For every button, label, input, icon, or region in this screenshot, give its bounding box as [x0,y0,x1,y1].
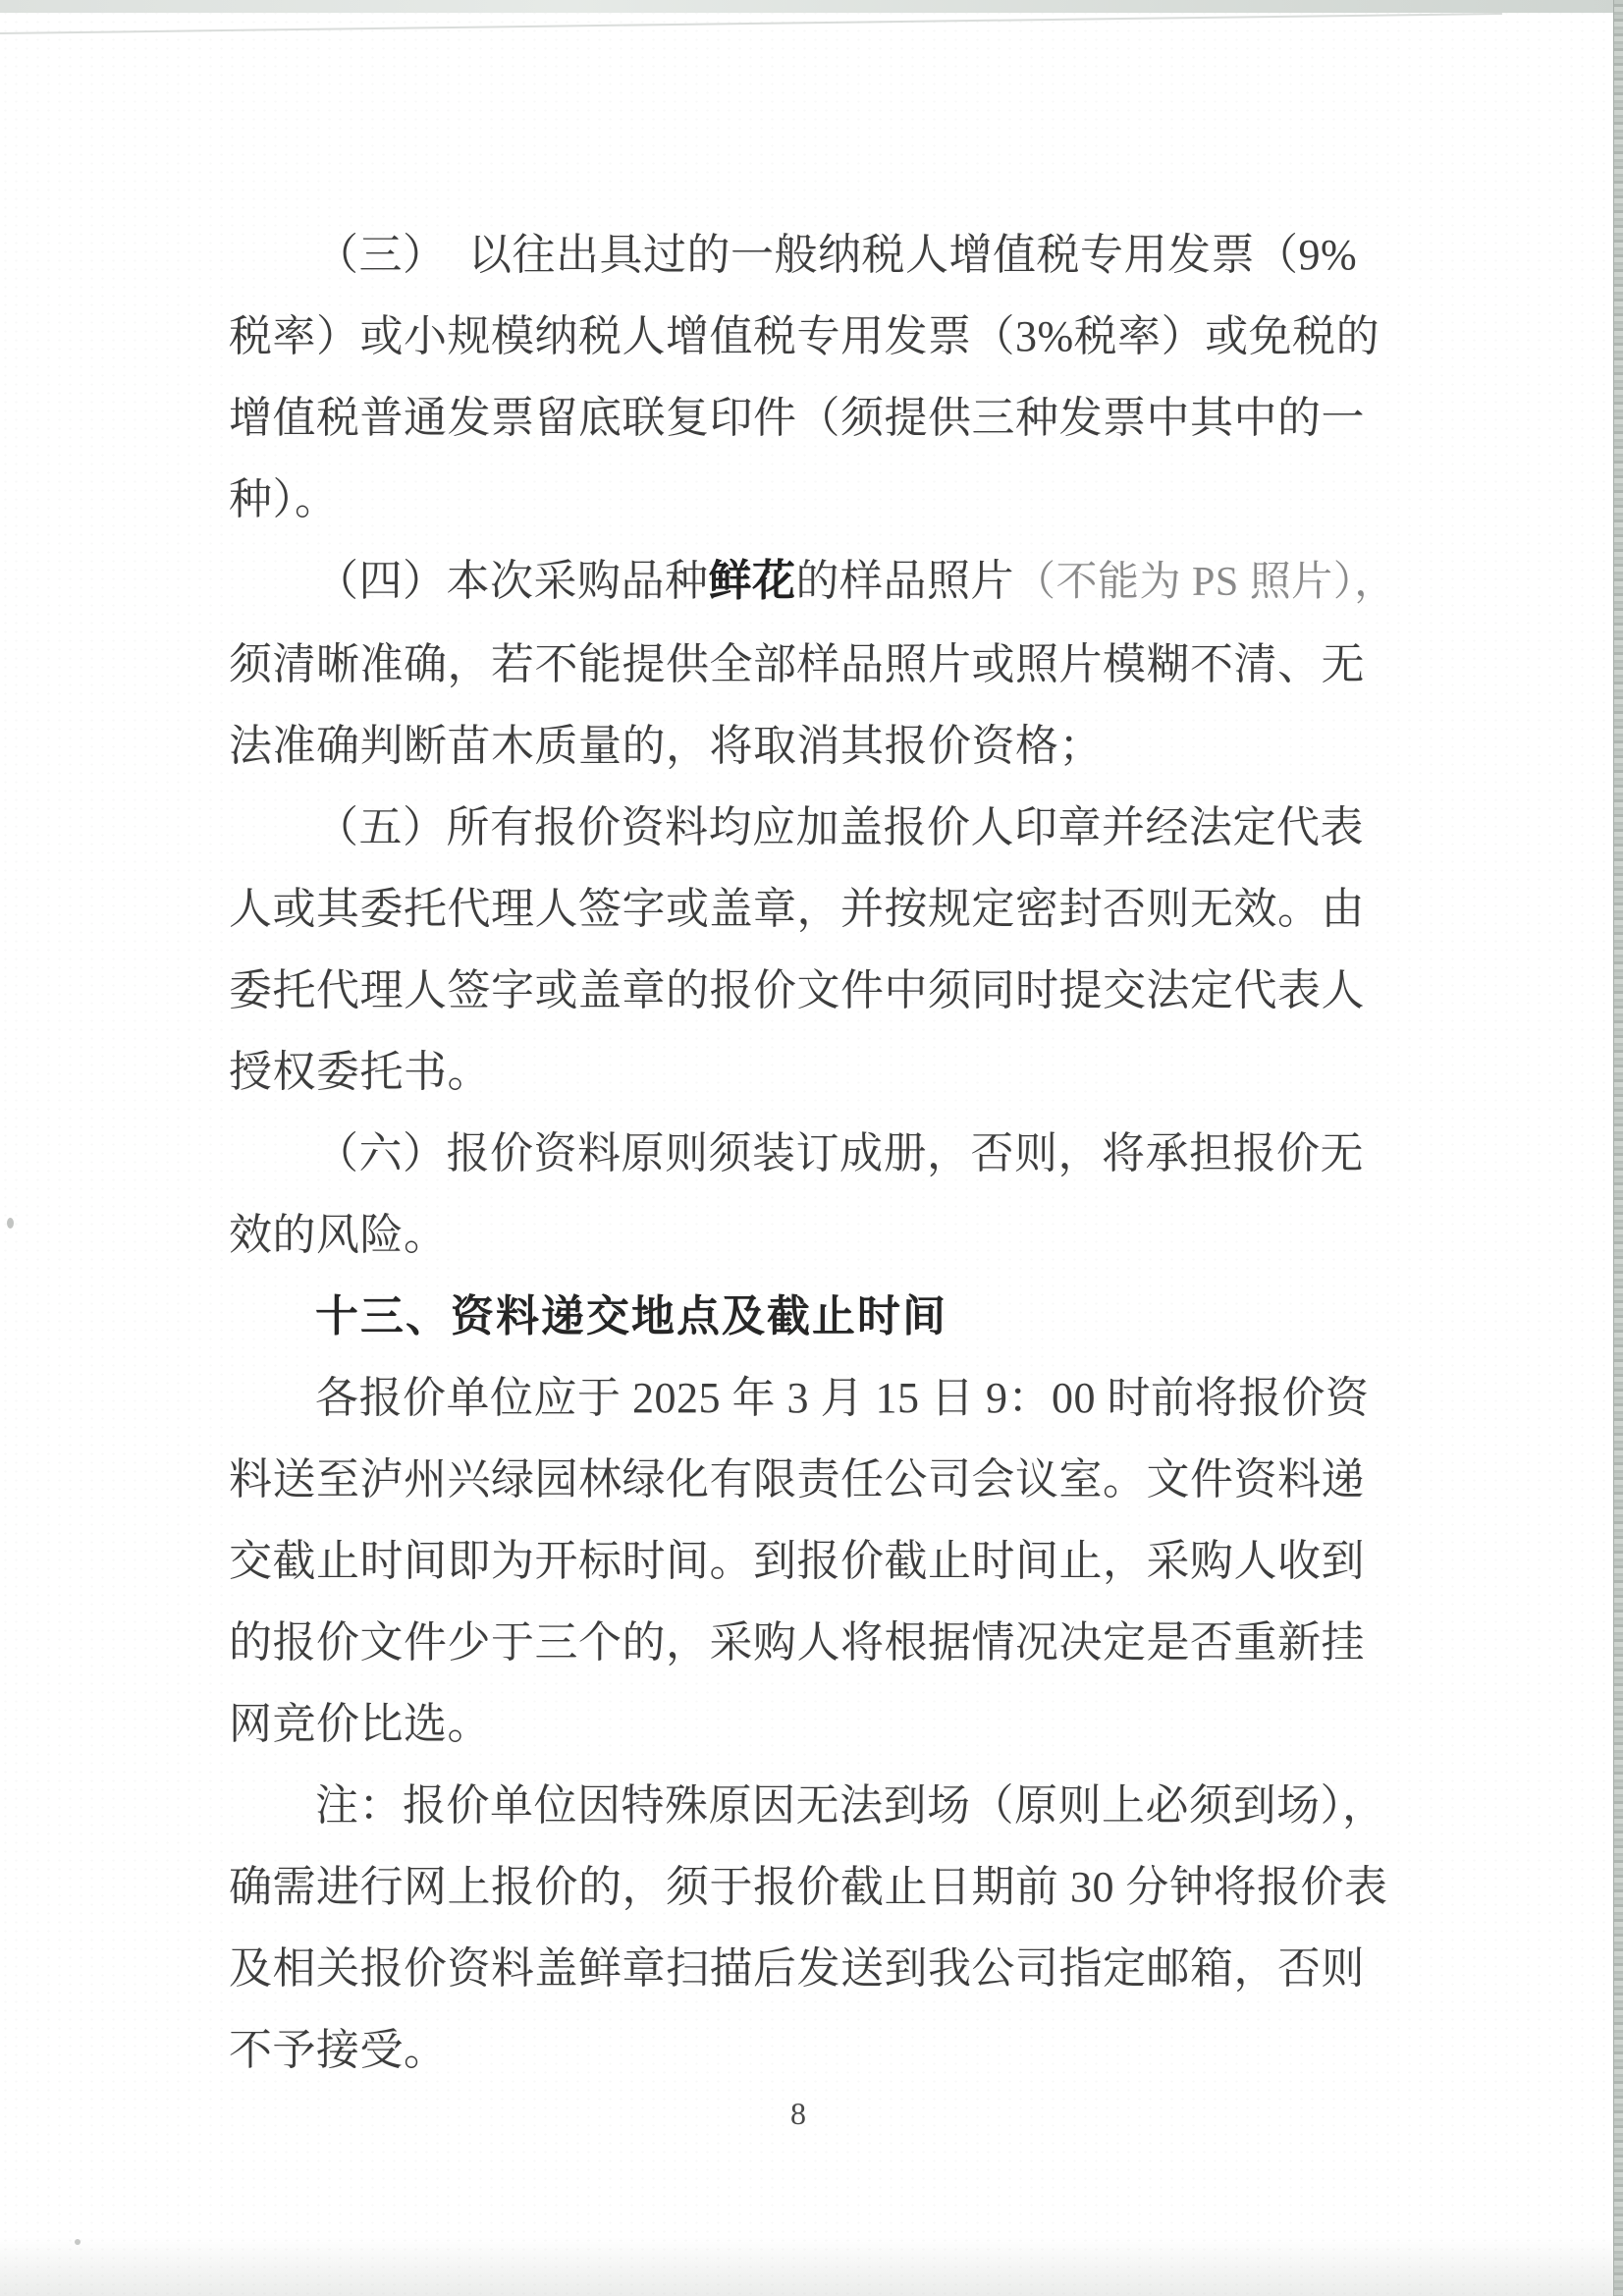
page-number: 8 [229,2098,1368,2129]
scan-edge-right [1613,0,1623,2296]
document-body: （三） 以往出具过的一般纳税人增值税专用发票（9% 税率）或小规模纳税人增值税专… [229,214,1368,2091]
text-line-note-2: 确需进行网上报价的，须于报价截止日期前 30 分钟将报价表 [229,1846,1368,1928]
scan-edge-bottom [0,2237,1623,2296]
text-line-note-1: 注：报价单位因特殊原因无法到场（原则上必须到场）， [229,1765,1368,1846]
text-line-deadline-1: 各报价单位应于 2025 年 3 月 15 日 9：00 时前将报价资 [229,1357,1368,1439]
text-line-deadline-5: 网竞价比选。 [229,1683,1368,1765]
text-line-item3-3: 增值税普通发票留底联复印件（须提供三种发票中其中的一 [229,377,1368,459]
text-line-deadline-4: 的报价文件少于三个的，采购人将根据情况决定是否重新挂 [229,1602,1368,1683]
section-13-heading: 十三、资料递交地点及截止时间 [229,1276,1368,1357]
text-line-item4-3: 法准确判断苗木质量的，将取消其报价资格； [229,705,1368,787]
scan-edge-top [0,0,1623,13]
text-line-item4-1: （四）本次采购品种鲜花的样品照片（不能为 PS 照片）， [229,540,1368,624]
text-line-item3-4: 种）。 [229,459,1368,540]
text-line-note-4: 不予接受。 [229,2009,1368,2091]
text-line-item5-2: 人或其委托代理人签字或盖章，并按规定密封否则无效。由 [229,868,1368,950]
text-line-item5-3: 委托代理人签字或盖章的报价文件中须同时提交法定代表人 [229,950,1368,1031]
text-line-deadline-3: 交截止时间即为开标时间。到报价截止时间止，采购人收到 [229,1520,1368,1602]
item4-prefix: （四）本次采购品种 [315,557,709,605]
text-line-item5-1: （五）所有报价资料均应加盖报价人印章并经法定代表 [229,787,1368,868]
text-line-deadline-2: 料送至泸州兴绿园林绿化有限责任公司会议室。文件资料递 [229,1439,1368,1520]
scan-speck [7,1218,14,1229]
text-line-item6-2: 效的风险。 [229,1194,1368,1276]
text-line-item3-1: （三） 以往出具过的一般纳税人增值税专用发票（9% [229,214,1368,296]
text-line-item4-2: 须清晰准确，若不能提供全部样品照片或照片模糊不清、无 [229,624,1368,705]
text-line-item6-1: （六）报价资料原则须装订成册，否则，将承担报价无 [229,1113,1368,1194]
item4-parenthetical: （不能为 PS 照片）， [1014,560,1396,605]
scan-speck [75,2239,81,2245]
scan-edge-top-line [0,13,1502,34]
item4-bold-term: 鲜花 [709,557,796,605]
text-line-item5-4: 授权委托书。 [229,1031,1368,1113]
text-line-item3-2: 税率）或小规模纳税人增值税专用发票（3%税率）或免税的 [229,296,1368,377]
text-line-note-3: 及相关报价资料盖鲜章扫描后发送到我公司指定邮箱，否则 [229,1928,1368,2009]
item4-middle: 的样品照片 [796,557,1015,605]
